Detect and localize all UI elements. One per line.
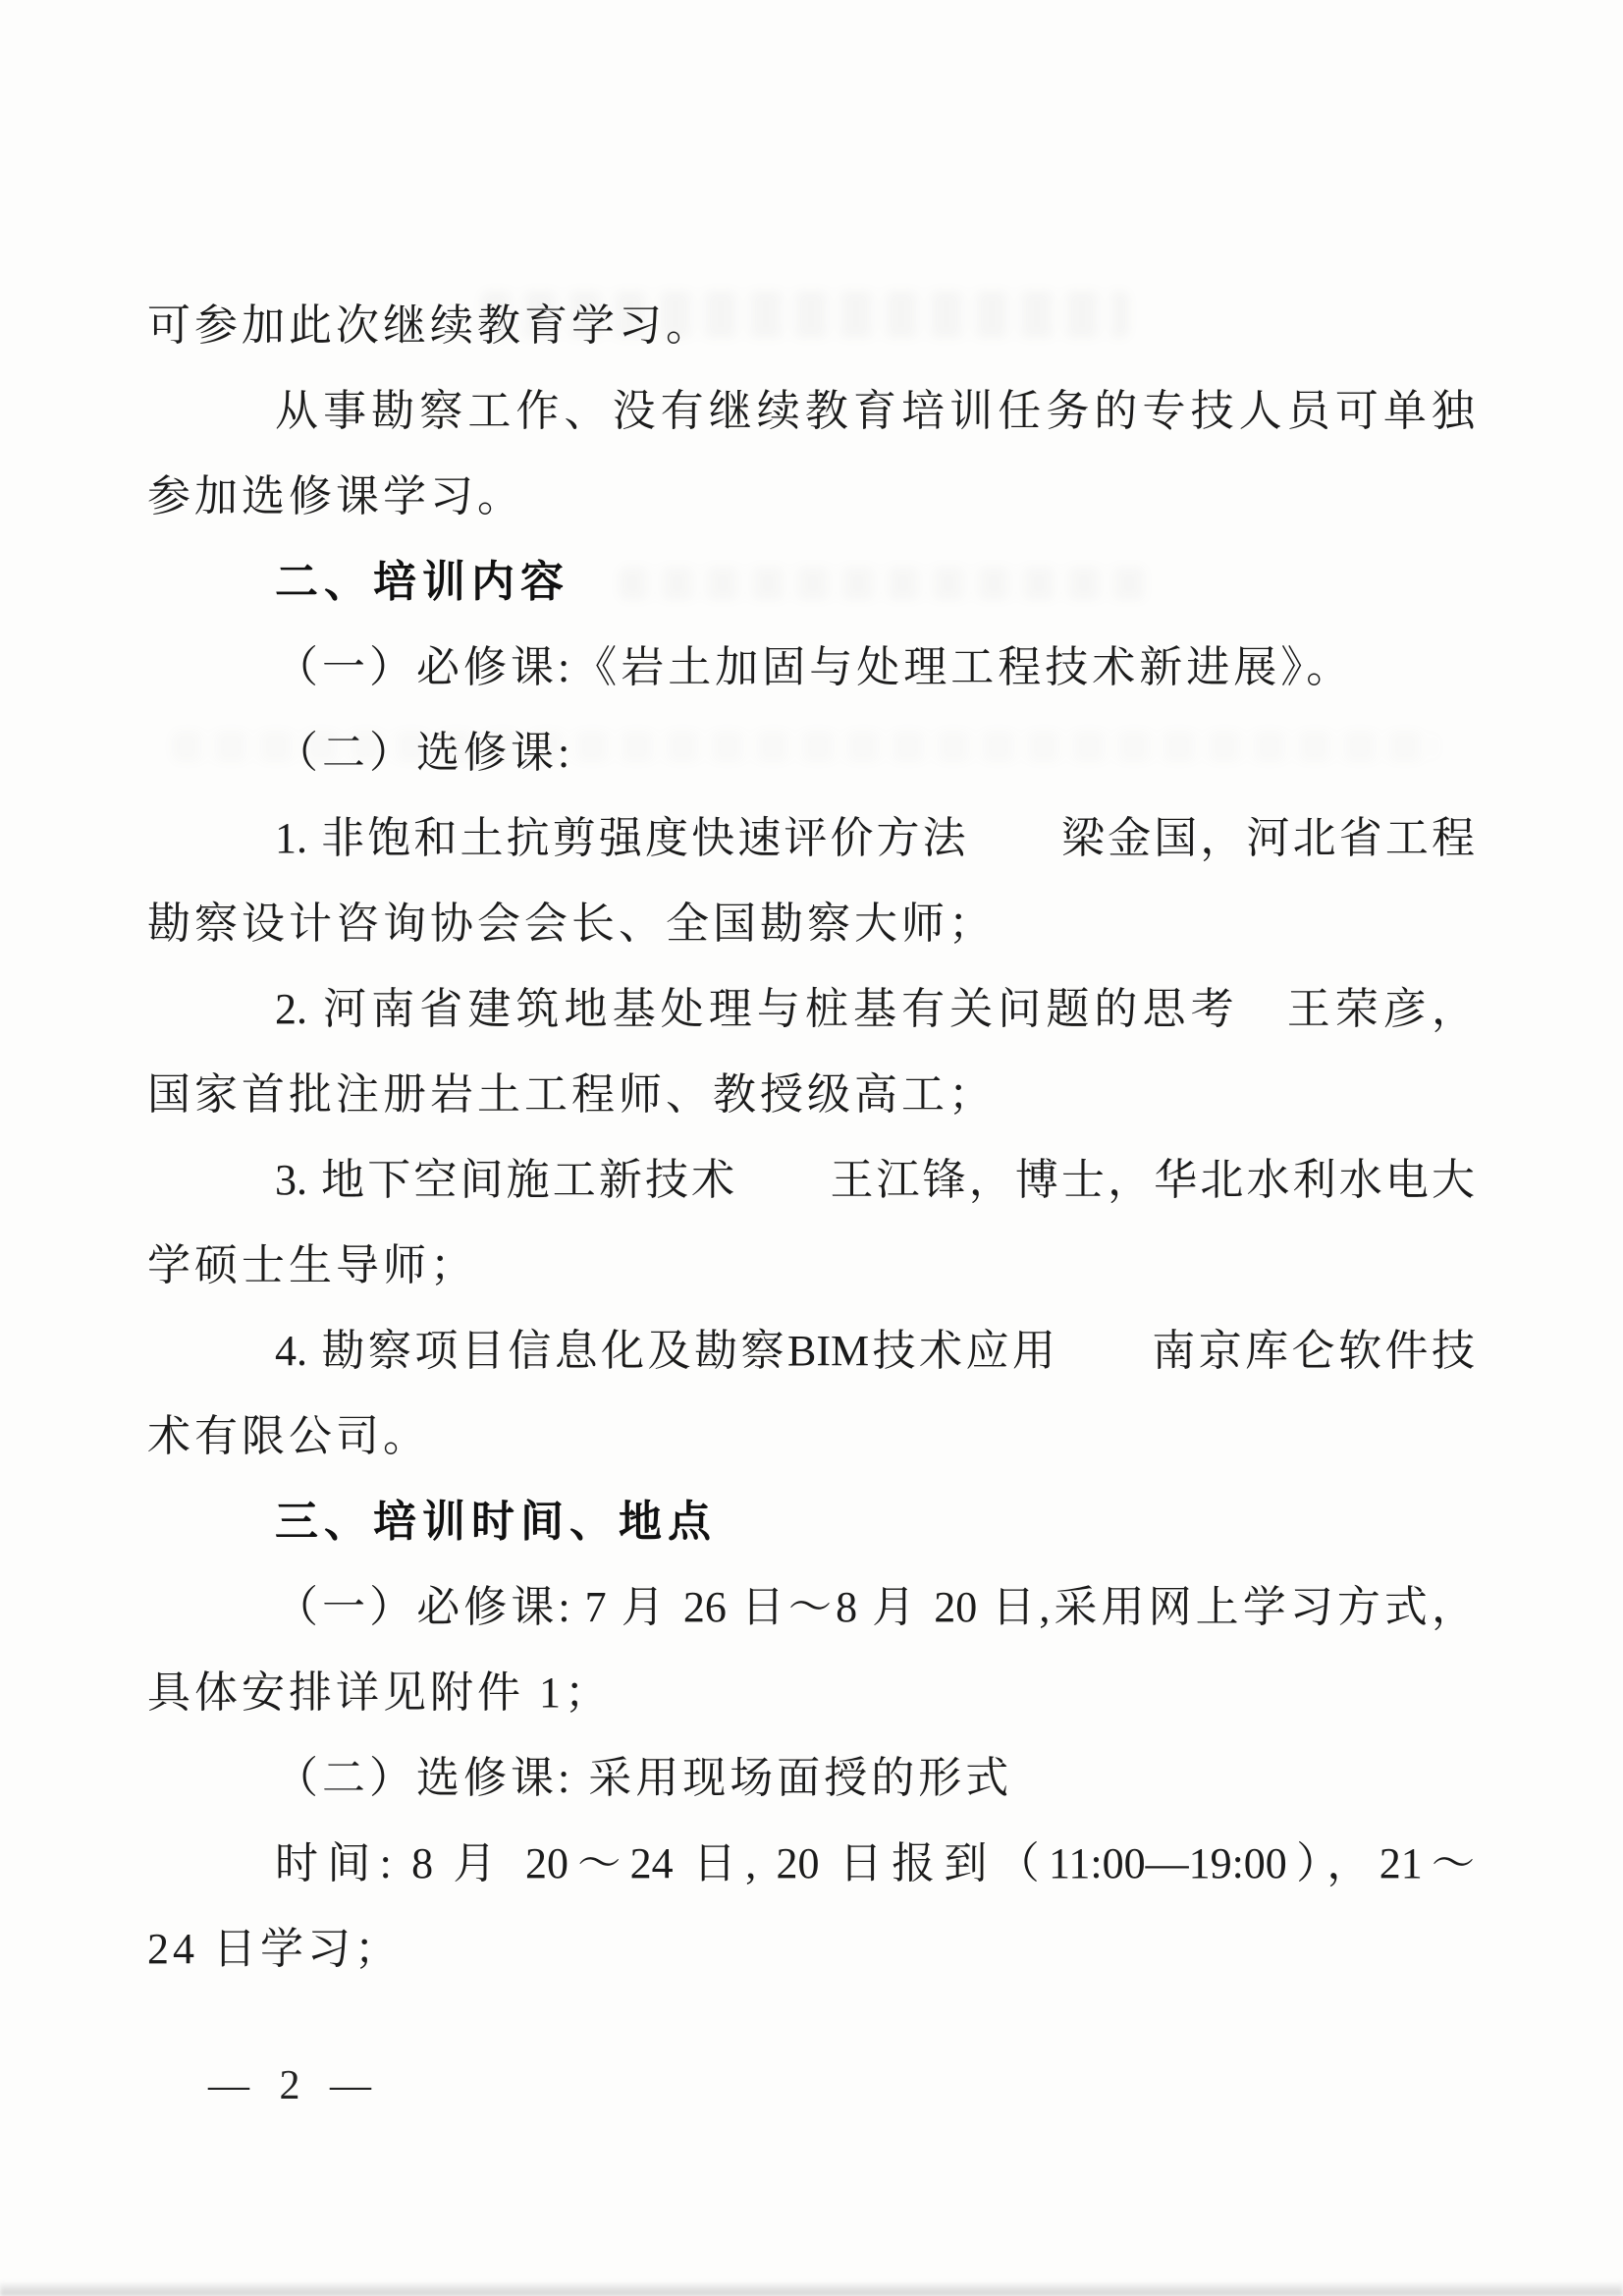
- body-line: 国家首批注册岩土工程师、教授级高工；: [147, 1052, 1475, 1137]
- body-line: 2. 河南省建筑地基处理与桩基有关问题的思考 王荣彦，: [147, 966, 1475, 1052]
- body-line: 学硕士生导师；: [147, 1223, 1475, 1308]
- scan-edge-artifact: [0, 2282, 1623, 2296]
- body-line: （一）必修课:《岩土加固与处理工程技术新进展》。: [147, 625, 1475, 710]
- body-line: 参加选修课学习。: [147, 454, 1475, 539]
- body-line: （一）必修课: 7 月 26 日～8 月 20 日,采用网上学习方式，: [147, 1564, 1475, 1650]
- section-heading: 二、培训内容: [147, 539, 1475, 625]
- document-lines: 可参加此次继续教育学习。从事勘察工作、没有继续教育培训任务的专技人员可单独参加选…: [147, 283, 1475, 1992]
- page-number-footer: — 2 —: [208, 2062, 381, 2109]
- body-line: 24 日学习；: [147, 1906, 1475, 1992]
- body-line: 3. 地下空间施工新技术 王江锋，博士，华北水利水电大: [147, 1137, 1475, 1223]
- body-line: 1. 非饱和土抗剪强度快速评价方法 梁金国，河北省工程: [147, 795, 1475, 881]
- body-line: 术有限公司。: [147, 1394, 1475, 1479]
- body-line: 勘察设计咨询协会会长、全国勘察大师；: [147, 881, 1475, 966]
- section-heading: 三、培训时间、地点: [147, 1479, 1475, 1564]
- body-line: 从事勘察工作、没有继续教育培训任务的专技人员可单独: [147, 368, 1475, 454]
- body-line: 可参加此次继续教育学习。: [147, 283, 1475, 368]
- body-line: 具体安排详见附件 1；: [147, 1650, 1475, 1735]
- scanned-document-page: 可参加此次继续教育学习。从事勘察工作、没有继续教育培训任务的专技人员可单独参加选…: [0, 0, 1623, 2296]
- body-line: （二）选修课: 采用现场面授的形式: [147, 1735, 1475, 1821]
- body-line: 时间: 8 月 20～24 日, 20 日报到（11:00—19:00），21～: [147, 1821, 1475, 1906]
- body-line: 4. 勘察项目信息化及勘察BIM技术应用 南京库仑软件技: [147, 1308, 1475, 1394]
- body-line: （二）选修课:: [147, 710, 1475, 795]
